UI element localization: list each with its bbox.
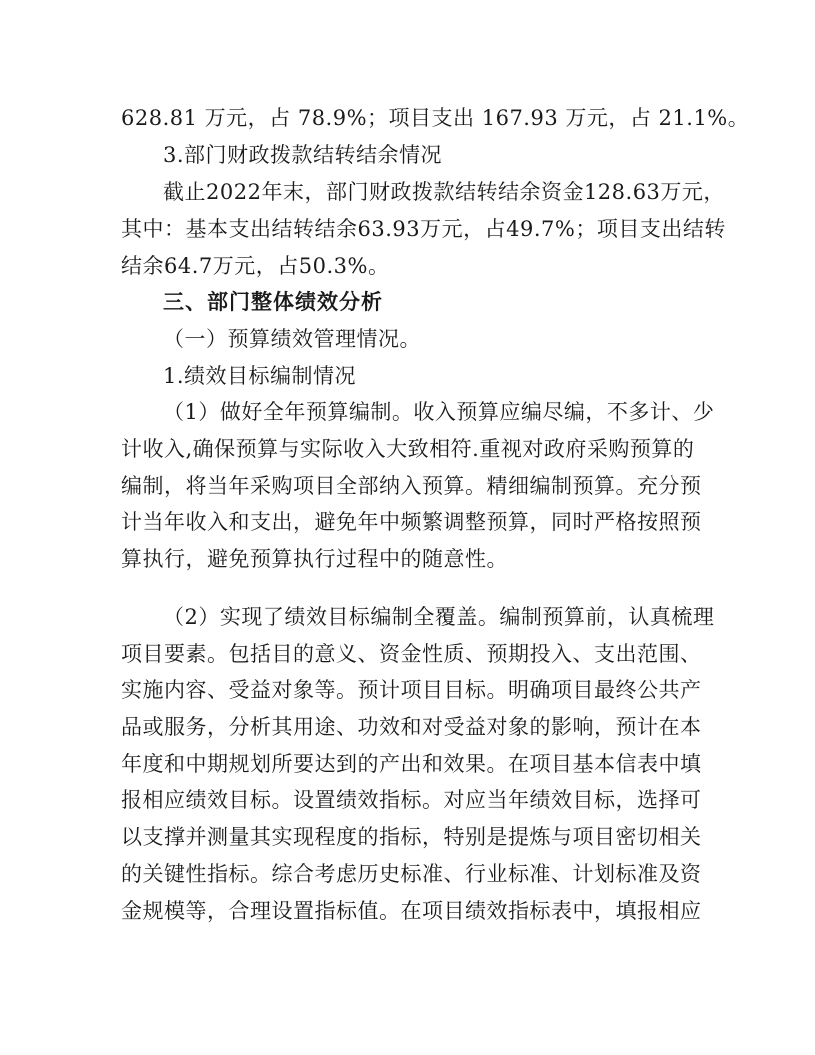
body-text-line: （1）做好全年预算编制。收入预算应编尽编，不多计、少	[163, 397, 693, 427]
body-text-line: 年度和中期规划所要达到的产出和效果。在项目基本信表中填	[121, 749, 693, 779]
body-text-line: 品或服务，分析其用途、功效和对受益对象的影响，预计在本	[121, 712, 693, 742]
body-text-line: 计当年收入和支出，避免年中频繁调整预算，同时严格按照预	[121, 507, 693, 537]
body-text-line: 实施内容、受益对象等。预计项目目标。明确项目最终公共产	[121, 675, 693, 705]
body-text-line: 以支撑并测量其实现程度的指标，特别是提炼与项目密切相关	[121, 822, 693, 852]
body-text-line: 编制，将当年采购项目全部纳入预算。精细编制预算。充分预	[121, 471, 693, 501]
body-text-line: （2）实现了绩效目标编制全覆盖。编制预算前，认真梳理	[163, 602, 693, 632]
body-text-line: 项目要素。包括目的意义、资金性质、预期投入、支出范围、	[121, 639, 693, 669]
body-text-line: 628.81 万元，占 78.9%；项目支出 167.93 万元，占 21.1%…	[121, 103, 693, 133]
body-text-line: 结余64.7万元，占50.3%。	[121, 251, 693, 281]
document-page: 628.81 万元，占 78.9%；项目支出 167.93 万元，占 21.1%…	[0, 0, 815, 1055]
body-text-line: 报相应绩效目标。设置绩效指标。对应当年绩效目标，选择可	[121, 785, 693, 815]
body-text-line: 其中：基本支出结转结余63.93万元，占49.7%；项目支出结转	[121, 214, 693, 244]
body-text-line: 截止2022年末，部门财政拨款结转结余资金128.63万元，	[163, 177, 693, 207]
body-text-line: 计收入,确保预算与实际收入大致相符.重视对政府采购预算的	[121, 434, 693, 464]
section-heading-performance-analysis: 三、部门整体绩效分析	[163, 287, 693, 317]
body-text-line: 算执行，避免预算执行过程中的随意性。	[121, 544, 693, 574]
subheading-carryover: 3.部门财政拨款结转结余情况	[163, 140, 693, 170]
subsection-heading-budget-performance: （一）预算绩效管理情况。	[163, 324, 693, 354]
body-text-line: 的关键性指标。综合考虑历史标准、行业标准、计划标准及资	[121, 859, 693, 889]
body-text-line: 金规模等，合理设置指标值。在项目绩效指标表中，填报相应	[121, 896, 693, 926]
item-heading-goal-setting: 1.绩效目标编制情况	[163, 361, 693, 391]
